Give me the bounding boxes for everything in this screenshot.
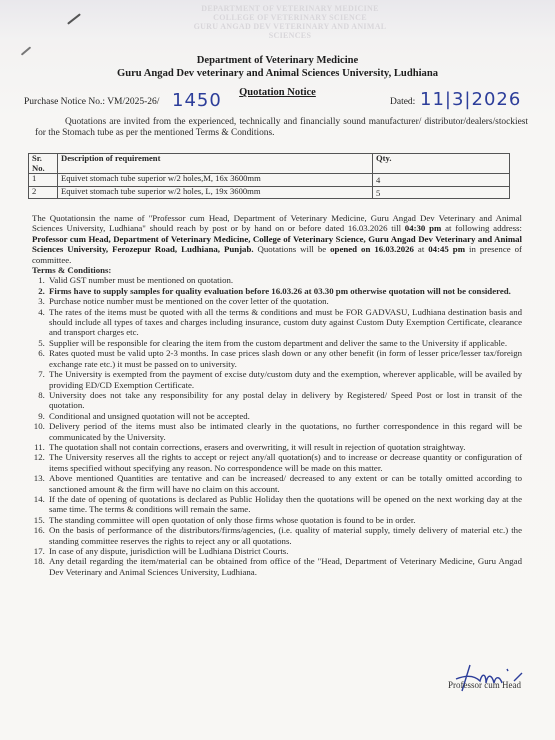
header-sr-no: Sr. No. bbox=[29, 154, 58, 174]
term-item: On the basis of performance of the distr… bbox=[47, 525, 522, 546]
term-item: Purchase notice number must be mentioned… bbox=[47, 296, 522, 306]
term-item: The rates of the items must be quoted wi… bbox=[47, 307, 522, 338]
term-item: The standing committee will open quotati… bbox=[47, 515, 522, 525]
term-item: Supplier will be responsible for clearin… bbox=[47, 338, 522, 348]
submission-text: Quotations will be bbox=[254, 244, 331, 254]
term-item: Any detail regarding the item/material c… bbox=[47, 556, 522, 577]
term-item: If the date of opening of quotations is … bbox=[47, 494, 522, 515]
cell-description: Equivet stomach tube superior w/2 holes,… bbox=[58, 174, 373, 187]
term-item: The quotation shall not contain correcti… bbox=[47, 442, 522, 452]
term-item: Delivery period of the items must also b… bbox=[47, 421, 522, 442]
letterhead: Department of Veterinary Medicine Guru A… bbox=[0, 54, 555, 80]
staple-mark bbox=[67, 13, 81, 24]
term-item: In case of any dispute, jurisdiction wil… bbox=[47, 546, 522, 556]
cell-sr: 1 bbox=[29, 174, 58, 187]
terms-title: Terms & Conditions: bbox=[32, 265, 522, 275]
deadline-time: 04:30 pm bbox=[405, 223, 442, 233]
document-page: DEPARTMENT OF VETERINARY MEDICINE COLLEG… bbox=[0, 0, 555, 740]
header-description: Description of requirement bbox=[58, 154, 373, 174]
bleed-line: GURU ANGAD DEV VETERINARY AND ANIMAL SCI… bbox=[190, 22, 390, 40]
opening-time: 04:45 pm bbox=[428, 244, 465, 254]
cell-description: Equivet stomach tube superior w/2 holes,… bbox=[58, 186, 373, 199]
submission-text: at following address: bbox=[441, 223, 522, 233]
term-item: Rates quoted must be valid upto 2-3 mont… bbox=[47, 348, 522, 369]
dated-label: Dated: bbox=[390, 97, 415, 107]
term-item: The University reserves all the rights t… bbox=[47, 452, 522, 473]
header-qty: Qty. bbox=[373, 154, 510, 174]
term-item: University does not take any responsibil… bbox=[47, 390, 522, 411]
cell-qty: 4 bbox=[373, 174, 510, 187]
term-item: Conditional and unsigned quotation will … bbox=[47, 411, 522, 421]
bleed-line: COLLEGE OF VETERINARY SCIENCE bbox=[190, 13, 390, 22]
requirements-table: Sr. No. Description of requirement Qty. … bbox=[28, 153, 510, 199]
opening-date: opened on 16.03.2026 bbox=[330, 244, 414, 254]
cell-sr: 2 bbox=[29, 186, 58, 199]
cell-qty: 5 bbox=[373, 186, 510, 199]
intro-text: Quotations are invited from the experien… bbox=[35, 117, 528, 138]
table-header-row: Sr. No. Description of requirement Qty. bbox=[29, 154, 510, 174]
handwritten-notice-number: 1450 bbox=[172, 90, 222, 111]
letterhead-bleed-through: DEPARTMENT OF VETERINARY MEDICINE COLLEG… bbox=[190, 4, 390, 40]
department-name: Department of Veterinary Medicine bbox=[0, 54, 555, 67]
term-item: Firms have to supply samples for quality… bbox=[47, 286, 522, 296]
term-item: Above mentioned Quantities are tentative… bbox=[47, 473, 522, 494]
notice-body: The Quotationsin the name of "Professor … bbox=[32, 213, 522, 577]
submission-paragraph: The Quotationsin the name of "Professor … bbox=[32, 213, 522, 265]
term-item: Valid GST number must be mentioned on qu… bbox=[47, 275, 522, 285]
handwritten-date: 11|3|2026 bbox=[420, 89, 521, 110]
table-row: 1 Equivet stomach tube superior w/2 hole… bbox=[29, 174, 510, 187]
intro-paragraph: Quotations are invited from the experien… bbox=[35, 117, 528, 139]
signatory-title: Professor cum Head bbox=[448, 680, 521, 690]
terms-list: Valid GST number must be mentioned on qu… bbox=[32, 275, 522, 577]
term-item: The University is exempted from the paym… bbox=[47, 369, 522, 390]
university-name: Guru Angad Dev veterinary and Animal Sci… bbox=[0, 67, 555, 80]
purchase-notice-label: Purchase Notice No.: VM/2025-26/ bbox=[24, 97, 159, 107]
table-row: 2 Equivet stomach tube superior w/2 hole… bbox=[29, 186, 510, 199]
bleed-line: DEPARTMENT OF VETERINARY MEDICINE bbox=[190, 4, 390, 13]
submission-text: at bbox=[414, 244, 428, 254]
